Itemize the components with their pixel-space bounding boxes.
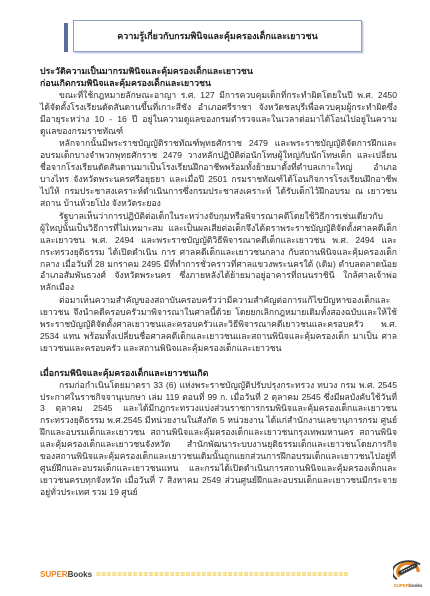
section-heading-founding: เมื่อกรมพินิจและคุ้มครองเด็กและเยาวชนเกิ… — [40, 368, 397, 380]
footer-brand: SUPERBooks — [40, 570, 92, 579]
logo-label-books: books — [409, 583, 422, 588]
paragraph-1: ขณะที่ใช้กฎหมายลักษณะอาญา ร.ศ. 127 มีการ… — [40, 90, 397, 138]
paragraph-4: ต่อมาเห็นความสำคัญของสถาบันครอบครัวว่ามี… — [40, 295, 397, 355]
document-page: ความรู้เกี่ยวกับกรมพินิจและคุ้มครองเด็กแ… — [0, 0, 430, 596]
paragraph-3: รัฐบาลเห็นว่าการปฏิบัติต่อเด็กในระหว่างจ… — [40, 211, 397, 294]
paragraph-2: หลักจากนั้นมีพระราชบัญญัติราชทัณฑ์พุทธศั… — [40, 138, 397, 209]
superbooks-logo-label: SUPERbooks — [388, 583, 428, 588]
title-accent-bar — [64, 23, 68, 52]
logo-label-super: SUPER — [394, 583, 410, 588]
footer-brand-books: Books — [68, 570, 92, 579]
section-heading-before: ก่อนเกิดกรมพินิจและคุ้มครองเด็กและเยาวชน — [40, 78, 397, 90]
paragraph-5: กรมก่อกำเนินโดยมาตรา 33 (6) แห่งพระราชบั… — [40, 380, 397, 499]
title-box: ความรู้เกี่ยวกับกรมพินิจและคุ้มครองเด็กแ… — [64, 20, 362, 52]
footer-separator: ========================================… — [96, 570, 390, 579]
superbooks-swirl-icon — [388, 557, 428, 583]
footer-brand-super: SUPER — [40, 570, 68, 579]
superbooks-logo: SUPERbooks — [388, 557, 428, 588]
document-body: ประวัติความเป็นมากรมพินิจและคุ้มครองเด็ก… — [40, 66, 397, 500]
section-heading-history: ประวัติความเป็นมากรมพินิจและคุ้มครองเด็ก… — [40, 66, 397, 78]
page-footer: SUPERBooks =============================… — [40, 568, 390, 580]
page-title: ความรู้เกี่ยวกับกรมพินิจและคุ้มครองเด็กแ… — [73, 20, 362, 52]
